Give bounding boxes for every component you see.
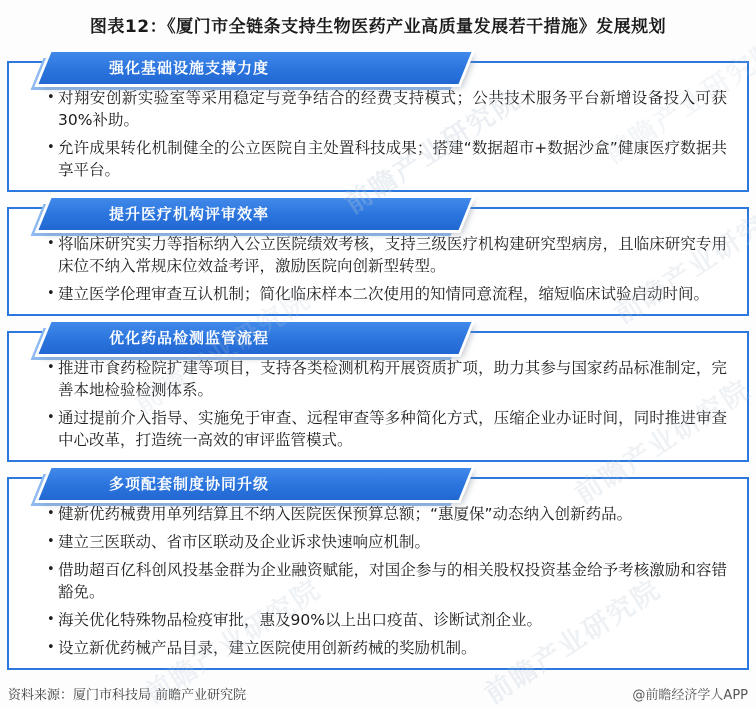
bullet-list: 推进市食药检院扩建等项目，支持各类检测机构开展资质扩项，助力其参与国家药品标准制… — [47, 357, 727, 451]
bullet-item: 海关优化特殊物品检疫审批，惠及90%以上出口疫苗、诊断试剂企业。 — [47, 609, 727, 631]
footer: 资料来源：厦门市科技局 前瞻产业研究院 @前瞻经济学人APP — [8, 684, 748, 703]
bullet-item: 建立三医联动、省市区联动及企业诉求快速响应机制。 — [47, 531, 727, 553]
section-supporting-systems-upgrade: 多项配套制度协同升级 健新优药械费用单列结算且不纳入医院医保预算总额；“惠厦保”… — [7, 477, 749, 670]
section-heading: 强化基础设施支撑力度 — [45, 52, 465, 84]
page-title: 图表12：《厦门市全链条支持生物医药产业高质量发展若干措施》发展规划 — [0, 0, 756, 37]
section-drug-testing-regulation: 优化药品检测监管流程 推进市食药检院扩建等项目，支持各类检测机构开展资质扩项，助… — [7, 331, 749, 462]
section-infrastructure-support: 强化基础设施支撑力度 对翔安创新实验室等采用稳定与竞争结合的经费支持模式；公共技… — [7, 61, 749, 192]
data-source-label: 资料来源：厦门市科技局 前瞻产业研究院 — [8, 684, 246, 703]
bullet-item: 建立医学伦理审查互认机制；简化临床样本二次使用的知情同意流程，缩短临床试验启动时… — [47, 283, 727, 305]
section-heading: 优化药品检测监管流程 — [45, 322, 465, 354]
bullet-item: 健新优药械费用单列结算且不纳入医院医保预算总额；“惠厦保”动态纳入创新药品。 — [47, 503, 727, 525]
bullet-item: 对翔安创新实验室等采用稳定与竞争结合的经费支持模式；公共技术服务平台新增设备投入… — [47, 87, 727, 131]
bullet-list: 对翔安创新实验室等采用稳定与竞争结合的经费支持模式；公共技术服务平台新增设备投入… — [47, 87, 727, 181]
section-ribbon: 多项配套制度协同升级 — [45, 468, 465, 500]
section-ribbon: 强化基础设施支撑力度 — [45, 52, 465, 84]
bullet-item: 通过提前介入指导、实施免于审查、远程审查等多种简化方式，压缩企业办证时间，同时推… — [47, 407, 727, 451]
bullet-item: 推进市食药检院扩建等项目，支持各类检测机构开展资质扩项，助力其参与国家药品标准制… — [47, 357, 727, 401]
bullet-item: 将临床研究实力等指标纳入公立医院绩效考核，支持三级医疗机构建研究型病房，且临床研… — [47, 233, 727, 277]
section-heading: 多项配套制度协同升级 — [45, 468, 465, 500]
infographic-page: 图表12：《厦门市全链条支持生物医药产业高质量发展若干措施》发展规划 强化基础设… — [0, 0, 756, 708]
bullet-item: 设立新优药械产品目录，建立医院使用创新药械的奖励机制。 — [47, 637, 727, 659]
bullet-item: 允许成果转化机制健全的公立医院自主处置科技成果；搭建“数据超市+数据沙盒”健康医… — [47, 137, 727, 181]
sections-container: 强化基础设施支撑力度 对翔安创新实验室等采用稳定与竞争结合的经费支持模式；公共技… — [7, 61, 749, 670]
section-ribbon: 提升医疗机构评审效率 — [45, 198, 465, 230]
bullet-list: 健新优药械费用单列结算且不纳入医院医保预算总额；“惠厦保”动态纳入创新药品。 建… — [47, 503, 727, 659]
section-heading: 提升医疗机构评审效率 — [45, 198, 465, 230]
bullet-list: 将临床研究实力等指标纳入公立医院绩效考核，支持三级医疗机构建研究型病房，且临床研… — [47, 233, 727, 305]
credit-label: @前瞻经济学人APP — [632, 684, 748, 703]
section-medical-review-efficiency: 提升医疗机构评审效率 将临床研究实力等指标纳入公立医院绩效考核，支持三级医疗机构… — [7, 207, 749, 316]
bullet-item: 借助超百亿科创风投基金群为企业融资赋能，对国企参与的相关股权投资基金给予考核激励… — [47, 559, 727, 603]
section-ribbon: 优化药品检测监管流程 — [45, 322, 465, 354]
